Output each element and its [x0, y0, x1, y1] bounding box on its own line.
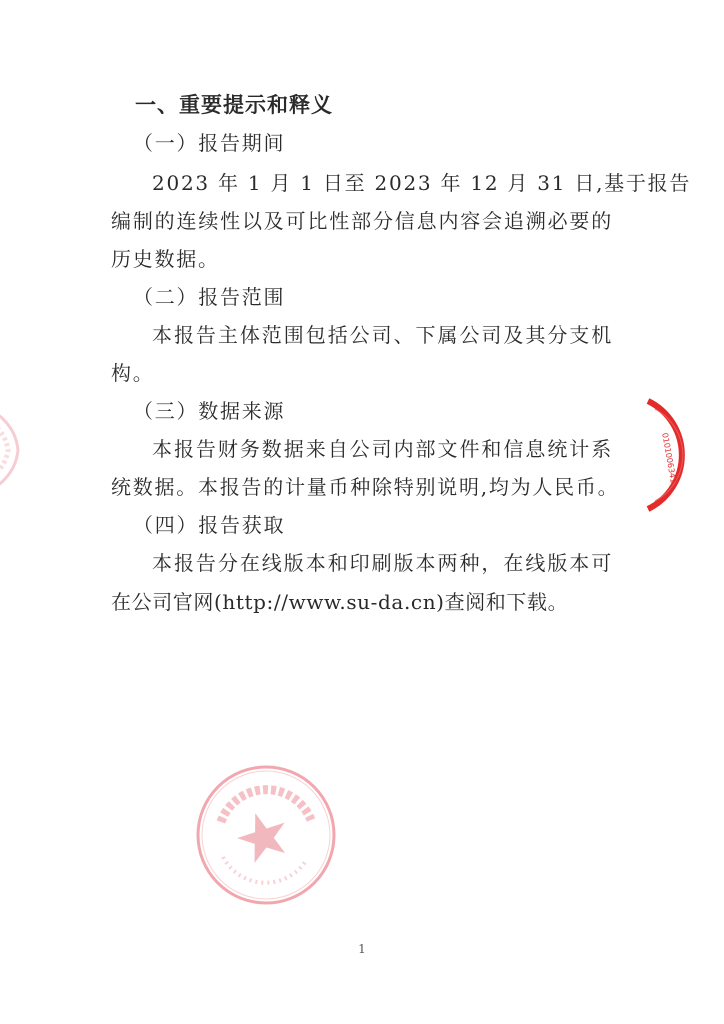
- paragraph-line: 历史数据。: [111, 246, 613, 272]
- subsection-title-source: （三）数据来源: [133, 398, 635, 424]
- paragraph-line: 2023 年 1 月 1 日至 2023 年 12 月 31 日,基于报告: [152, 170, 613, 196]
- page-number: 1: [356, 942, 368, 956]
- paragraph-line: 本报告财务数据来自公司内部文件和信息统计系: [152, 436, 613, 462]
- paragraph-line: 本报告主体范围包括公司、下属公司及其分支机: [152, 322, 613, 348]
- paragraph-line: 本报告分在线版本和印刷版本两种，在线版本可: [152, 550, 613, 576]
- paragraph-line: 统数据。本报告的计量币种除特别说明,均为人民币。: [111, 474, 613, 500]
- section-heading: 一、重要提示和释义: [135, 92, 637, 118]
- company-seal-icon: [193, 762, 339, 908]
- left-edge-seal-icon: [0, 395, 28, 505]
- paragraph-line: 构。: [111, 360, 613, 386]
- subsection-title-access: （四）报告获取: [133, 512, 635, 538]
- document-page: 一、重要提示和释义 （一）报告期间 2023 年 1 月 1 日至 2023 年…: [0, 0, 724, 1024]
- svg-text:0101006341: 0101006341: [660, 432, 678, 484]
- subsection-title-scope: （二）报告范围: [133, 284, 635, 310]
- paragraph-line: 编制的连续性以及可比性部分信息内容会追溯必要的: [111, 208, 613, 234]
- right-edge-seal-icon: 0101006341: [640, 395, 724, 515]
- subsection-title-period: （一）报告期间: [133, 130, 635, 156]
- paragraph-line: 在公司官网(http://www.su-da.cn)查阅和下载。: [111, 589, 613, 615]
